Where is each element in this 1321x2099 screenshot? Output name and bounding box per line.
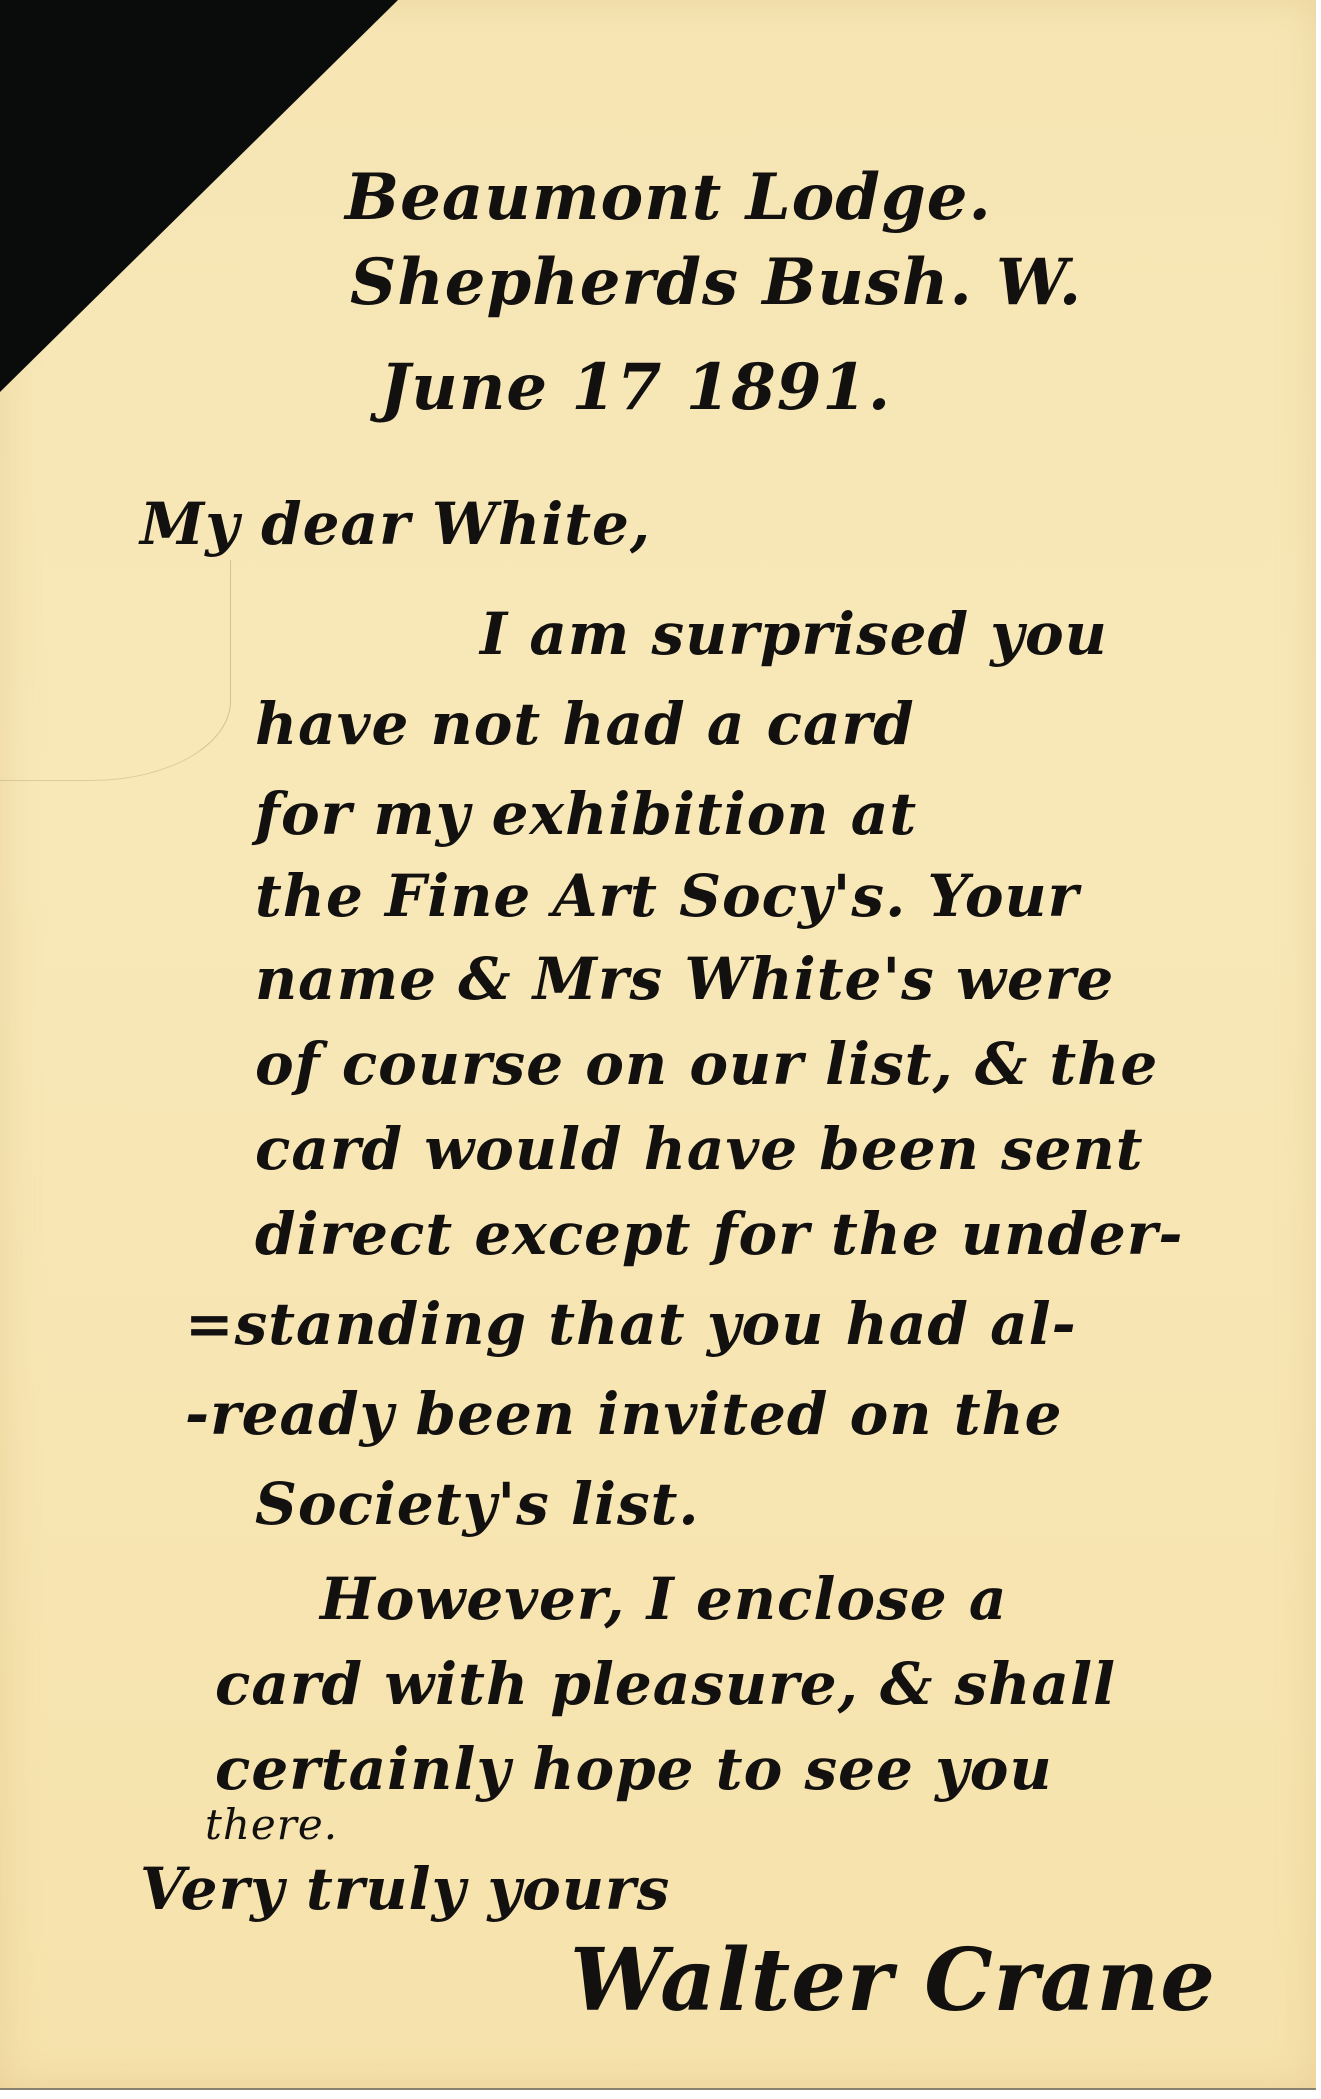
address-line-1: Beaumont Lodge.	[345, 160, 992, 235]
body-line: card would have been sent	[255, 1115, 1144, 1183]
body-line: =standing that you had al-	[185, 1290, 1077, 1358]
signature: Walter Crane	[570, 1930, 1216, 2031]
body-line: name & Mrs White's were	[255, 945, 1114, 1013]
body-line: for my exhibition at	[255, 780, 917, 848]
mourning-border-corner	[0, 0, 398, 392]
body-line: there.	[205, 1800, 338, 1849]
body-line: of course on our list, & the	[255, 1030, 1158, 1098]
letter-date: June 17 1891.	[380, 350, 891, 425]
letter-page: Beaumont Lodge. Shepherds Bush. W. June …	[0, 0, 1316, 2090]
body-line: have not had a card	[255, 690, 915, 758]
body-line: card with pleasure, & shall	[215, 1650, 1116, 1718]
body-line: -ready been invited on the	[185, 1380, 1063, 1448]
body-line: direct except for the under-	[255, 1200, 1183, 1268]
salutation: My dear White,	[140, 490, 651, 558]
body-line: Society's list.	[255, 1470, 700, 1538]
body-line: certainly hope to see you	[215, 1735, 1053, 1803]
address-line-2: Shepherds Bush. W.	[350, 245, 1082, 320]
body-line: I am surprised you	[480, 600, 1108, 668]
paper-crease	[0, 560, 231, 781]
body-line: the Fine Art Socy's. Your	[255, 862, 1079, 930]
body-line: However, I enclose a	[320, 1565, 1007, 1633]
closing: Very truly yours	[140, 1855, 670, 1923]
